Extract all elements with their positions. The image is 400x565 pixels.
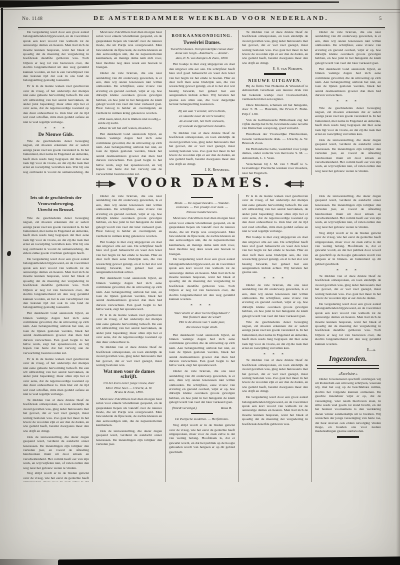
article-paragraph: Het denkbeeld vond aanstonds bijval, en … [96,132,162,175]
ingezonden-heading: Ingezonden. [315,354,381,363]
divider-rule [191,413,213,415]
text-line: Rosa B. [221,406,232,410]
italic-reference: Mode. — De najaarshoeden. — Wandel-costu… [169,201,235,215]
asterisk-divider: * * * [315,99,381,104]
article-paragraph: Onder de vele brieven, die ons naar aanl… [96,194,162,238]
article-paragraph: De vergadering werd door een groot aanta… [169,257,235,301]
article-paragraph: Onze Kinderen, schetsen uit het huisgezi… [242,103,308,116]
divider-rule [264,73,286,75]
text-line: Anna van Gogh—Kaulbach. — Amster- [169,51,235,56]
top-section: De vergadering werd door een groot aanta… [20,30,384,175]
article-paragraph: Er is in de laatste weken veel geschreve… [23,84,89,124]
rensburg-signature: J. K. Rensburg. [169,168,235,172]
nieuwe-uitgaven-heading: NIEUWE UITGAVEN. [242,78,308,83]
voor-dames-title: VOOR DAMES. [127,176,272,191]
article-paragraph: Het boekje is met zorg uitgegeven en doe… [96,240,162,275]
article-paragraph: Handboek der Vrouwelijke Handwerken, twe… [242,132,308,145]
text-line: De Parijsche modellen. — Herfsttinten. [169,417,235,422]
text-line: dam, P. N. van Kampen & Zoon, 1899. [169,56,235,61]
asterisk-divider: * * * [169,303,235,308]
article-paragraph: Bij de firma Van Holkema & Warendorf te … [242,84,308,102]
article-paragraph: Het boekje is met zorg uitgegeven en doe… [242,235,308,275]
newspaper-column: Onder de vele brieven, die ons naar aanl… [311,30,384,175]
italic-reference: De Parijsche modellen. — Herfsttinten. [169,417,235,422]
newspaper-column: Te midden van al deze drukte bleef de ho… [238,30,311,175]
article-paragraph: Het denkbeeld vond aanstonds bijval, en … [96,276,162,311]
article-paragraph: Te midden van al deze drukte bleef de ho… [23,398,89,433]
dames-rubric-rule [191,197,213,199]
article-paragraph: Te midden van al deze drukte bleef de ho… [96,345,162,367]
article-paragraph: Er is in de laatste weken veel geschreve… [23,357,89,397]
article-paragraph: Wie de geschiedenis dezer beweging nagaa… [23,139,89,175]
boekaankondiging-heading: BOEKAANKONDIGING. [169,33,235,38]
paper-top-edge-line [0,9,400,10]
ink-blot [7,251,11,256]
article-paragraph: Mevrouw d'Arvilliers had dien morgen haa… [96,30,162,70]
article-paragraph: Ook de tentoonstelling, die dezer dagen … [23,435,89,470]
dialogue-lines: »Wel neen, kind, dat is immers niet nood… [96,117,162,131]
article-paragraph: De vergadering werd door een groot aanta… [23,257,89,310]
article-paragraph: Het denkbeeld vond aanstonds bijval, en … [169,333,235,368]
newspaper-column: Mevrouw d'Arvilliers had dien morgen haa… [92,30,165,175]
divider-rule [337,436,359,438]
article-paragraph: Ook de tentoonstelling, die dezer dagen … [315,194,381,229]
newspaper-column: BOEKAANKONDIGING.Tweeërlei Dames.Tweeërl… [165,30,238,175]
verse-lines: Zij zat aan 't venster, stil en bleek,en… [169,109,235,129]
article-paragraph: Te midden van al deze drukte bleef de ho… [242,358,308,393]
article-paragraph: Onder de vele brieven, die ons naar aanl… [242,283,308,318]
article-paragraph: Onder bovenstaand opschrift ontvingen wi… [315,377,381,434]
article-paragraph: Mevrouw d'Arvilliers had dien morgen haa… [169,216,235,256]
scan-artifact-bottom-band [58,556,400,565]
paper-title: DE AMSTERDAMMER WEEKBLAD VOOR NEDERLAND. [94,15,329,22]
text-line: die nieuwe hope vindt. [169,325,235,330]
article-paragraph: Van de Geïllustreerde Bibliotheek zag he… [242,118,308,131]
newspaper-column: Mode. — De najaarshoeden. — Wandel-costu… [165,194,238,482]
italic-reference: Uit het leven eener jonge vrouw, doorMev… [96,381,162,395]
arrow-ornament-left [96,180,116,188]
article-paragraph: Wie de geschiedenis dezer beweging nagaa… [242,320,308,351]
article-paragraph: Het denkbeeld vond aanstonds bijval, en … [23,311,89,355]
van-wormen-signature: E. S. van Wormen. [242,67,308,71]
text-line: Bruna & Zoon, 1899. [96,390,162,395]
article-paragraph: Onder de vele brieven, die ons naar aanl… [169,369,235,404]
double-rule [317,365,379,369]
text-line: Nieuwe handschoenen. [169,210,235,215]
article-paragraph: Onder de vele brieven, die ons naar aanl… [315,30,381,65]
article-paragraph: Het boekje is met zorg uitgegeven en doe… [169,62,235,106]
newspaper-column: Er is in de laatste weken veel geschreve… [238,194,311,482]
wordt-vervolgd-byline: (Wordt vervolgd.)Rosa B. [169,406,235,410]
verse-lines: Wat ruischt er door het herfstgeblaart'?… [169,311,235,331]
text-line: zij vouwde zwijgend hare handen. [169,124,235,129]
article-paragraph: Er is in de laatste weken veel geschreve… [96,313,162,344]
article-paragraph: Nog altijd wordt er in de bladen getwist… [315,231,381,266]
text-line: Uit het leven eener jonge vrouw, door [96,381,162,386]
article-paragraph: De vergadering werd door een groot aanta… [315,302,381,346]
article-paragraph: Verschenen bij J. M. van 't Haaff te 's-… [242,162,308,175]
newspaper-column: Iets uit de geschiedenis der Vrouwenbewe… [20,194,92,482]
article-paragraph: Onder de vele brieven, die ons naar aanl… [96,71,162,115]
article-paragraph: Het denkbeeld vond aanstonds bijval, en … [315,67,381,98]
voor-dames-header: VOOR DAMES. [0,174,400,193]
article-paragraph: Ook de tentoonstelling, die dezer dagen … [96,429,162,447]
text-line: (Wordt vervolgd.) [172,406,197,410]
asterisk-divider: * * * [23,126,89,131]
excelsior-title: «Excelsior.» [315,372,381,376]
text-line: Utrecht en Brussel. [23,207,89,213]
article-paragraph: Te midden van al deze drukte bleef de ho… [242,30,308,65]
arrow-ornament-right [284,180,304,188]
masthead: No. 1148 DE AMSTERDAMMER WEEKBLAD VOOR N… [22,15,382,22]
newspaper-column: Onder de vele brieven, die ons naar aanl… [92,194,165,482]
italic-reference: Tweeërlei dames. Oorspronkelijke roman d… [169,47,235,61]
article-paragraph: Nog altijd wordt er in de bladen getwist… [23,471,89,482]
asterisk-divider: * * * [242,352,308,357]
newspaper-column: De vergadering werd door een groot aanta… [20,30,92,175]
newspaper-page-scan: No. 1148 DE AMSTERDAMMER WEEKBLAD VOOR N… [0,0,400,565]
newspaper-column: Ook de tentoonstelling, die dezer dagen … [311,194,384,482]
asterisk-divider: * * * [315,268,381,273]
article-paragraph: De Hollandsche Lelie, weekblad voor jong… [242,147,308,160]
article-paragraph: Nog altijd wordt er in de bladen getwist… [169,423,235,454]
dames-lectuur-heading: Wat men voor de dames schrijft. [96,370,162,380]
article-paragraph: Ook de tentoonstelling, die dezer dagen … [315,138,381,173]
article-paragraph: Wie de geschiedenis dezer beweging nagaa… [315,106,381,137]
article-paragraph: Te midden van al deze drukte bleef de ho… [315,274,381,300]
scan-shadow-right-edge [396,0,400,565]
text-line: Iets uit de geschiedenis der Vrouwenbewe… [23,195,89,207]
page-number: 5 [379,17,382,22]
paper-top-edge-line-2 [120,12,400,13]
article-paragraph: Wie de geschiedenis dezer beweging nagaa… [23,216,89,256]
article-paragraph: De vergadering werd door een groot aanta… [23,30,89,83]
scan-artifact-top-streak [0,0,339,8]
nieuwe-gids-heading: De Nieuwe Gids. [23,133,89,138]
scan-artifact-left-edge [1,8,3,328]
asterisk-divider: * * * [242,276,308,281]
issue-number: No. 1148 [22,17,43,22]
ea-signature: E—a. [315,348,381,352]
text-line: »Maar ik wil het zelf weten, moeder!« [98,126,162,131]
masthead-rule [18,27,385,28]
bottom-section: Iets uit de geschiedenis der Vrouwenbewe… [20,194,384,482]
text-line: »Wel neen, kind, dat is immers niet nood… [98,117,162,126]
tweeerlei-dames-heading: Tweeërlei Dames. [169,41,235,46]
article-paragraph: Mevrouw d'Arvilliers had dien morgen haa… [96,397,162,428]
article-paragraph: De vergadering werd door een groot aanta… [242,395,308,426]
text-line: costumes. — Een praatje over kant. — [169,205,235,210]
vrouwenbeweging-heading: Iets uit de geschiedenis der Vrouwenbewe… [23,195,89,213]
article-paragraph: Er is in de laatste weken veel geschreve… [242,194,308,234]
article-paragraph: Te midden van al deze drukte bleef de ho… [169,131,235,166]
